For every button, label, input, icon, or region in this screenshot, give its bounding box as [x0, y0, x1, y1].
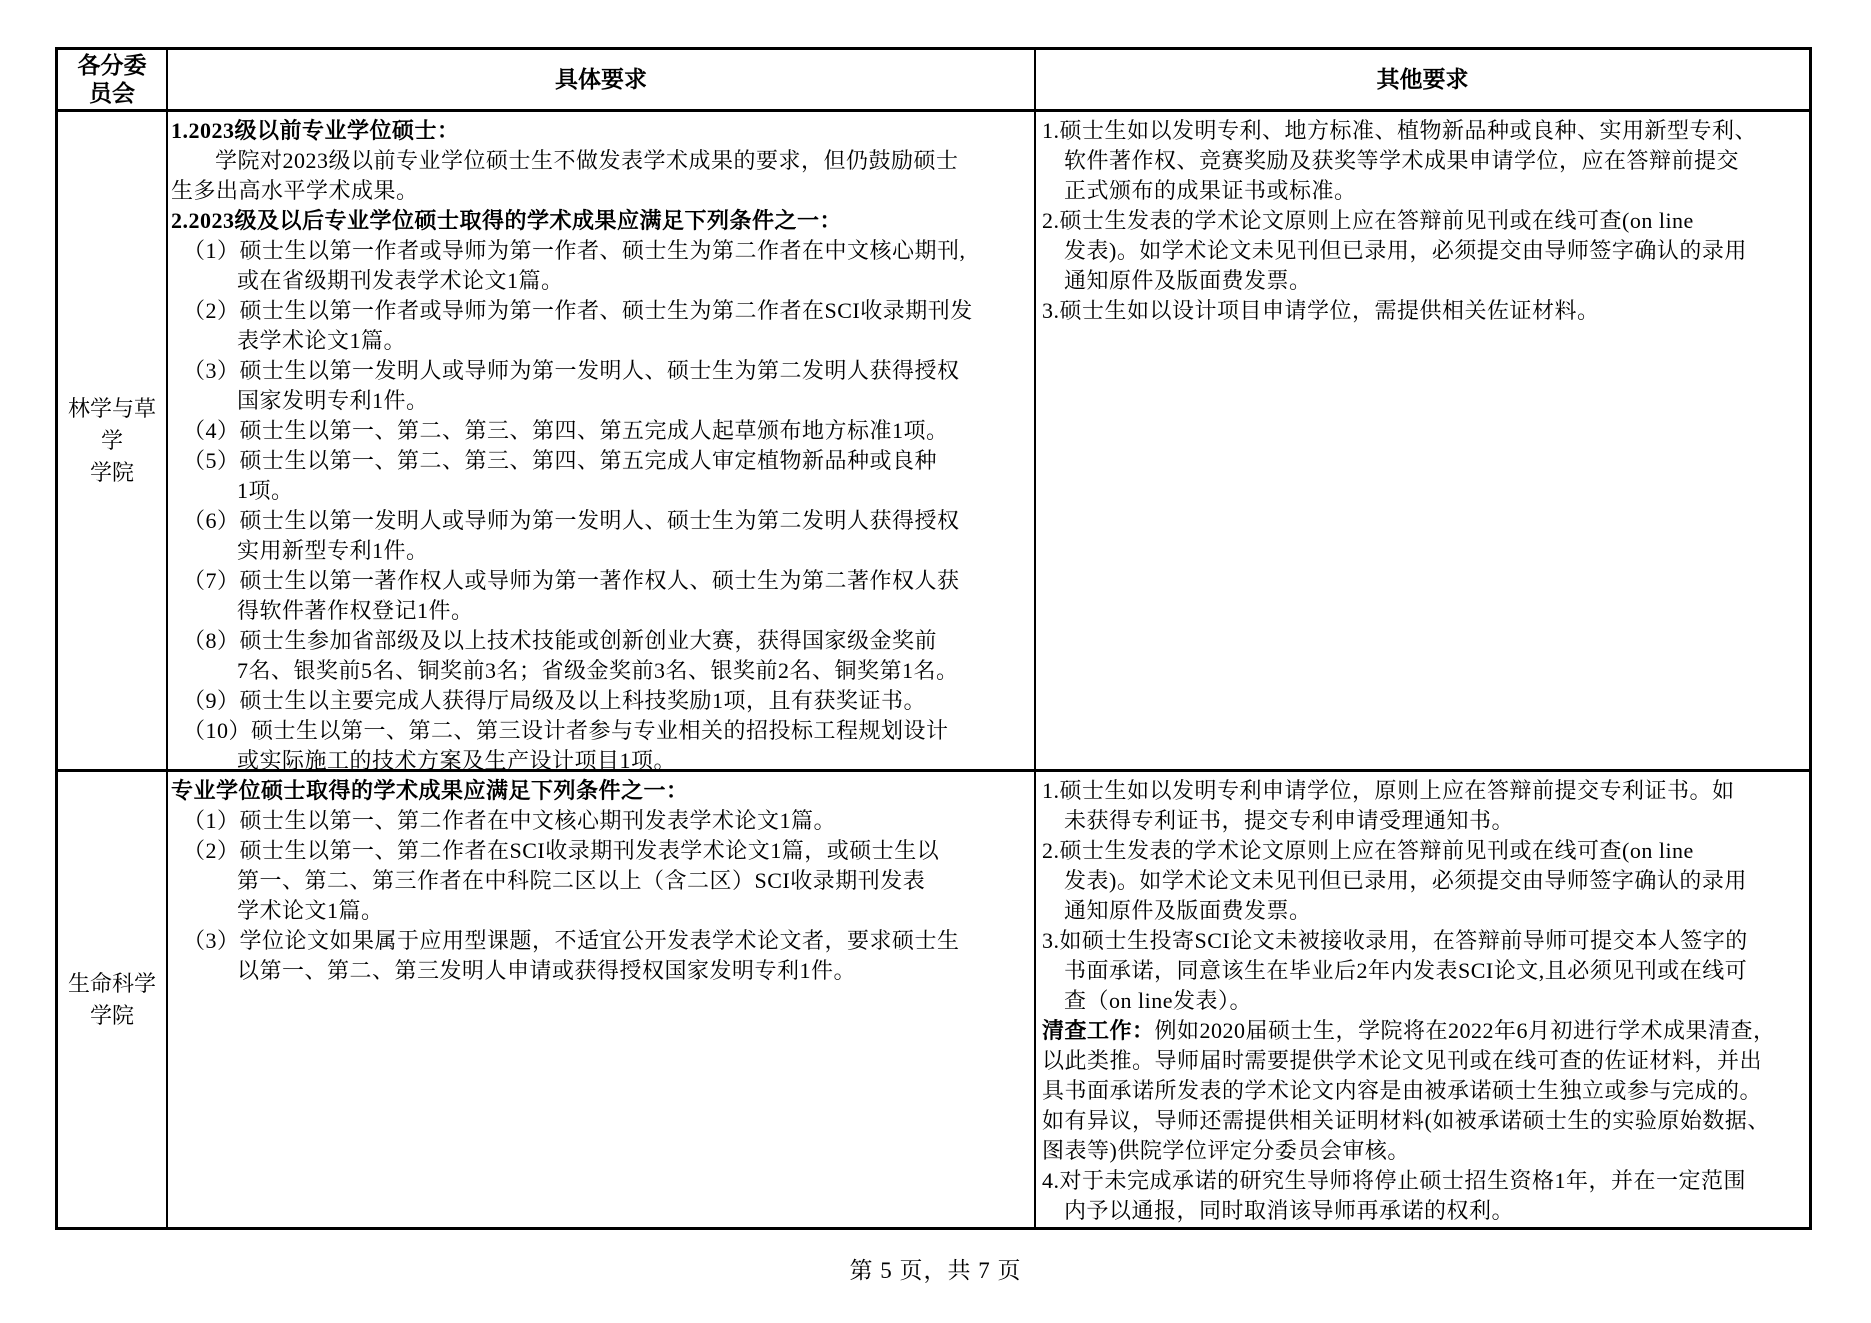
text-line: 软件著作权、竞赛奖励及获奖等学术成果申请学位，应在答辩前提交 — [1042, 146, 1807, 176]
text-line: 实用新型专利1件。 — [171, 536, 1032, 566]
text-line: 1.硕士生如以发明专利申请学位，原则上应在答辩前提交专利证书。如 — [1042, 776, 1807, 806]
text-line: 通知原件及版面费发票。 — [1042, 896, 1807, 926]
text-line: 第一、第二、第三作者在中科院二区以上（含二区）SCI收录期刊发表 — [171, 866, 1032, 896]
text-line: 书面承诺，同意该生在毕业后2年内发表SCI论文,且必须见刊或在线可 — [1042, 956, 1807, 986]
page-indicator: 第 5 页，共 7 页 — [0, 1252, 1871, 1285]
text-line: 国家发明专利1件。 — [171, 386, 1032, 416]
text-line: 正式颁布的成果证书或标准。 — [1042, 176, 1807, 206]
text-line: （6）硕士生以第一发明人或导师为第一发明人、硕士生为第二发明人获得授权 — [171, 506, 1032, 536]
text-line: 发表)。如学术论文未见刊但已录用，必须提交由导师签字确认的录用 — [1042, 866, 1807, 896]
text-line: 具书面承诺所发表的学术论文内容是由被承诺硕士生独立或参与完成的。 — [1042, 1076, 1807, 1106]
other-requirements-cell-life-science: 1.硕士生如以发明专利申请学位，原则上应在答辩前提交专利证书。如未获得专利证书，… — [1036, 772, 1809, 1227]
text-line: 2.2023级及以后专业学位硕士取得的学术成果应满足下列条件之一： — [171, 206, 1032, 236]
text-line: 4.对于未完成承诺的研究生导师将停止硕士招生资格1年，并在一定范围 — [1042, 1166, 1807, 1196]
text-line: （10）硕士生以第一、第二、第三设计者参与专业相关的招投标工程规划设计 — [171, 716, 1032, 746]
text-line: 2.硕士生发表的学术论文原则上应在答辩前见刊或在线可查(on line — [1042, 206, 1807, 236]
text-line: 以第一、第二、第三发明人申请或获得授权国家发明专利1件。 — [171, 956, 1032, 986]
committee-cell-life-science: 生命科学 学院 — [58, 772, 168, 1227]
text-line: 通知原件及版面费发票。 — [1042, 266, 1807, 296]
text-line: 表学术论文1篇。 — [171, 326, 1032, 356]
text-line: 学术论文1篇。 — [171, 896, 1032, 926]
text-line: 3.如硕士生投寄SCI论文未被接收录用，在答辩前导师可提交本人签字的 — [1042, 926, 1807, 956]
other-requirements-cell-forestry: 1.硕士生如以发明专利、地方标准、植物新品种或良种、实用新型专利、软件著作权、竞… — [1036, 112, 1809, 772]
text-line: 如有异议，导师还需提供相关证明材料(如被承诺硕士生的实验原始数据、 — [1042, 1106, 1807, 1136]
text-line: 内予以通报，同时取消该导师再承诺的权利。 — [1042, 1196, 1807, 1226]
header-committee: 各分委 员会 — [58, 50, 168, 112]
text-line: 1.硕士生如以发明专利、地方标准、植物新品种或良种、实用新型专利、 — [1042, 116, 1807, 146]
text-line: 发表)。如学术论文未见刊但已录用，必须提交由导师签字确认的录用 — [1042, 236, 1807, 266]
specific-requirements-cell-forestry: 1.2023级以前专业学位硕士：学院对2023级以前专业学位硕士生不做发表学术成… — [168, 112, 1036, 772]
text-line: 学院对2023级以前专业学位硕士生不做发表学术成果的要求，但仍鼓励硕士 — [171, 146, 1032, 176]
text-line: （2）硕士生以第一作者或导师为第一作者、硕士生为第二作者在SCI收录期刊发 — [171, 296, 1032, 326]
text-line: 或实际施工的技术方案及生产设计项目1项。 — [171, 746, 1032, 772]
header-specific-requirements: 具体要求 — [168, 50, 1036, 112]
text-line: 图表等)供院学位评定分委员会审核。 — [1042, 1136, 1807, 1166]
text-line: 或在省级期刊发表学术论文1篇。 — [171, 266, 1032, 296]
text-line: （1）硕士生以第一作者或导师为第一作者、硕士生为第二作者在中文核心期刊, — [171, 236, 1032, 266]
text-line: （9）硕士生以主要完成人获得厅局级及以上科技奖励1项，且有获奖证书。 — [171, 686, 1032, 716]
text-line: 未获得专利证书，提交专利申请受理通知书。 — [1042, 806, 1807, 836]
text-line: （7）硕士生以第一著作权人或导师为第一著作权人、硕士生为第二著作权人获 — [171, 566, 1032, 596]
text-line: （3）学位论文如果属于应用型课题，不适宜公开发表学术论文者，要求硕士生 — [171, 926, 1032, 956]
specific-requirements-cell-life-science: 专业学位硕士取得的学术成果应满足下列条件之一：（1）硕士生以第一、第二作者在中文… — [168, 772, 1036, 1227]
text-line: 1.2023级以前专业学位硕士： — [171, 116, 1032, 146]
text-line: 生多出高水平学术成果。 — [171, 176, 1032, 206]
requirements-table: 各分委 员会 具体要求 其他要求 林学与草学 学院 1.2023级以前专业学位硕… — [55, 47, 1812, 1230]
text-line: （1）硕士生以第一、第二作者在中文核心期刊发表学术论文1篇。 — [171, 806, 1032, 836]
text-line: （2）硕士生以第一、第二作者在SCI收录期刊发表学术论文1篇，或硕士生以 — [171, 836, 1032, 866]
text-line: （4）硕士生以第一、第二、第三、第四、第五完成人起草颁布地方标准1项。 — [171, 416, 1032, 446]
text-line: 查（on line发表）。 — [1042, 986, 1807, 1016]
text-line: （8）硕士生参加省部级及以上技术技能或创新创业大赛，获得国家级金奖前 — [171, 626, 1032, 656]
header-other-requirements: 其他要求 — [1036, 50, 1809, 112]
text-line: 以此类推。导师届时需要提供学术论文见刊或在线可查的佐证材料，并出 — [1042, 1046, 1807, 1076]
text-line: （5）硕士生以第一、第二、第三、第四、第五完成人审定植物新品种或良种 — [171, 446, 1032, 476]
text-line: 清查工作：例如2020届硕士生，学院将在2022年6月初进行学术成果清查， — [1042, 1016, 1807, 1046]
text-line: 专业学位硕士取得的学术成果应满足下列条件之一： — [171, 776, 1032, 806]
text-line: （3）硕士生以第一发明人或导师为第一发明人、硕士生为第二发明人获得授权 — [171, 356, 1032, 386]
committee-cell-forestry: 林学与草学 学院 — [58, 112, 168, 772]
text-line: 7名、银奖前5名、铜奖前3名；省级金奖前3名、银奖前2名、铜奖第1名。 — [171, 656, 1032, 686]
text-line: 1项。 — [171, 476, 1032, 506]
text-line: 得软件著作权登记1件。 — [171, 596, 1032, 626]
text-line: 2.硕士生发表的学术论文原则上应在答辩前见刊或在线可查(on line — [1042, 836, 1807, 866]
text-line: 3.硕士生如以设计项目申请学位，需提供相关佐证材料。 — [1042, 296, 1807, 326]
